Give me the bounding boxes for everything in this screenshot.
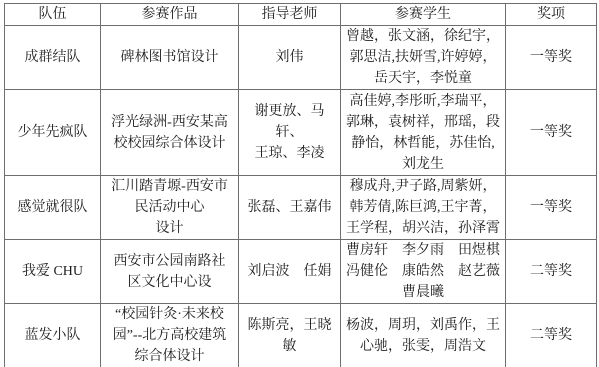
teachers-cell: 刘启波 任娟 (239, 240, 341, 304)
header-award: 奖项 (506, 4, 597, 26)
header-work: 参赛作品 (101, 4, 239, 26)
award-cell: 一等奖 (506, 26, 597, 90)
award-cell: 二等奖 (506, 240, 597, 304)
team-cell: 成群结队 (5, 26, 101, 90)
team-cell: 感觉就很队 (5, 176, 101, 240)
team-cell: 少年先疯队 (5, 90, 101, 176)
table-row: 感觉就很队 汇川踏青塬-西安市 民活动中心 设计 张磊、王嘉伟 穆成舟,尹子路,… (5, 176, 597, 240)
students-cell: 曹房轩 李夕雨 田煜棋 冯健伦 康皓然 赵艺薇 曹晨曦 (341, 240, 506, 304)
table-row: 蓝发小队 “校园针灸·未来校 园”--北方高校建筑 综合体设计 陈斯亮，王晓 敏… (5, 304, 597, 367)
competition-results-table: 队伍 参赛作品 指导老师 参赛学生 奖项 成群结队 碑林图书馆设计 刘伟 曾越，… (4, 3, 597, 367)
award-cell: 一等奖 (506, 90, 597, 176)
award-cell: 一等奖 (506, 176, 597, 240)
work-cell: “校园针灸·未来校 园”--北方高校建筑 综合体设计 (101, 304, 239, 367)
header-teachers: 指导老师 (239, 4, 341, 26)
award-cell: 二等奖 (506, 304, 597, 367)
students-cell: 杨波，周玥，刘禹作，王 心驰，张雯，周浩文 (341, 304, 506, 367)
table-row: 我爱 CHU 西安市公园南路社 区文化中心设 刘启波 任娟 曹房轩 李夕雨 田煜… (5, 240, 597, 304)
header-students: 参赛学生 (341, 4, 506, 26)
table-row: 少年先疯队 浮光绿洲-西安某高 校校园综合体设计 谢更放、马轩、 王琼、李凌 高… (5, 90, 597, 176)
work-cell: 碑林图书馆设计 (101, 26, 239, 90)
students-cell: 高佳婷,李彤昕,李瑞平， 郭琳，袁树祥，邢瑶，段 静怡，林哲能，苏佳怡, 刘龙生 (341, 90, 506, 176)
work-cell: 汇川踏青塬-西安市 民活动中心 设计 (101, 176, 239, 240)
team-cell: 我爱 CHU (5, 240, 101, 304)
teachers-cell: 陈斯亮，王晓 敏 (239, 304, 341, 367)
work-cell: 浮光绿洲-西安某高 校校园综合体设计 (101, 90, 239, 176)
header-row: 队伍 参赛作品 指导老师 参赛学生 奖项 (5, 4, 597, 26)
teachers-cell: 刘伟 (239, 26, 341, 90)
table-row: 成群结队 碑林图书馆设计 刘伟 曾越，张文涵，徐纪宇， 郭思洁,扶妍雪,许婷婷，… (5, 26, 597, 90)
work-cell: 西安市公园南路社 区文化中心设 (101, 240, 239, 304)
teachers-cell: 谢更放、马轩、 王琼、李凌 (239, 90, 341, 176)
team-cell: 蓝发小队 (5, 304, 101, 367)
students-cell: 穆成舟,尹子路,周紫妍， 韩芳倩,陈巨鸿,王宇菁， 王学程，胡兴洁，孙泽霄 (341, 176, 506, 240)
students-cell: 曾越，张文涵，徐纪宇， 郭思洁,扶妍雪,许婷婷， 岳天宇，李悦童 (341, 26, 506, 90)
teachers-cell: 张磊、王嘉伟 (239, 176, 341, 240)
header-team: 队伍 (5, 4, 101, 26)
